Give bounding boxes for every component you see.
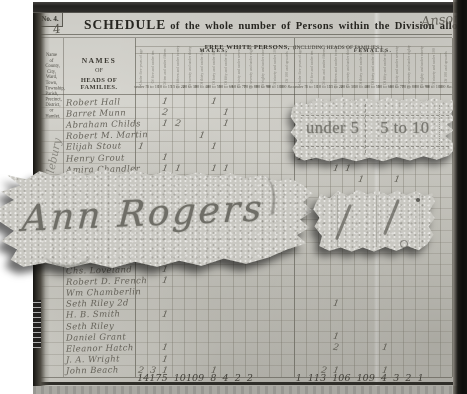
column-total-female: 3 — [320, 373, 326, 384]
magnified-tally-mark — [383, 199, 400, 235]
age-column-vertical-label: Of eighty and under ninety — [261, 46, 265, 87]
age-column-vertical-label: Of 100 and upwards — [285, 51, 289, 82]
family-head-name: J. A. Wright — [66, 355, 120, 366]
column-total-female: 1 — [418, 373, 424, 384]
age-column-vertical-label: Of ten and under fifteen — [163, 49, 167, 86]
fragment-column-line — [419, 195, 420, 247]
torn-fragment-age-headers: under 5 5 to 10 — [289, 94, 457, 164]
age-bracket-5-to-10: 5 to 10 — [370, 118, 441, 138]
column-total-male: 8 — [210, 373, 216, 384]
spine-stamp — [33, 300, 41, 348]
age-column-vertical-label: Of 100 and upwards — [444, 51, 448, 82]
column-total-male: 4 — [223, 373, 229, 384]
family-head-name: Abraham Childs — [66, 119, 141, 131]
column-total-female: 9 — [369, 373, 375, 384]
torn-fragment-tallies — [312, 187, 436, 255]
column-total-female: 10 — [332, 373, 344, 384]
age-column-vertical-label: Of eighty and under ninety — [419, 46, 423, 87]
family-head-name: Eleanor Hatch — [66, 343, 134, 354]
family-head-name: Seth Riley 2d — [66, 298, 129, 309]
page-title-word: SCHEDULE — [84, 17, 166, 32]
family-head-name: John Beach — [66, 366, 119, 377]
age-column-vertical-label: Of five and under ten — [310, 51, 314, 84]
column-total-male: 14 — [137, 373, 149, 384]
names-header-line1: NAMES — [64, 56, 134, 65]
column-total-male: 10 — [174, 373, 186, 384]
family-head-name: Wm Chamberlin — [66, 287, 141, 299]
title-rule-bottom — [40, 37, 452, 38]
fragment-column-divider — [365, 104, 366, 153]
scan-edge-right — [453, 0, 467, 394]
age-column-vertical-label: Of five and under ten — [151, 51, 155, 84]
age-column-vertical-label: Of ninety and under 100 — [432, 48, 436, 86]
column-total-male: 2 — [247, 373, 253, 384]
names-header-line2: OF — [64, 68, 134, 74]
header-rule — [135, 82, 452, 83]
column-total-female: 3 — [393, 373, 399, 384]
age-column-vertical-label: Of fifteen and under twenty — [176, 46, 180, 89]
column-total-male: 17 — [149, 373, 161, 384]
age-column-vertical-label: Of ten and under fifteen — [322, 49, 326, 86]
page-title: SCHEDULE of the whole number of Persons … — [84, 16, 424, 34]
family-head-name: Robert D. French — [66, 276, 147, 288]
column-total-female: 10 — [357, 373, 369, 384]
handwritten-form-number: 4 — [52, 21, 62, 36]
age-column-vertical-label: Under five years of age — [297, 49, 301, 85]
tally-mark: 2 — [174, 119, 181, 130]
ink-mark — [400, 240, 408, 248]
names-header-line3: HEADS OF FAMILIES. — [64, 77, 134, 91]
fragment-paper: Ann Rogers — [0, 167, 316, 270]
column-total-female: 11 — [308, 373, 320, 384]
torn-fragment-name: Ann Rogers — [0, 167, 316, 270]
age-bracket-label: 100 &c. — [439, 84, 453, 89]
age-column-vertical-label: Of forty and under fifty — [212, 49, 216, 85]
column-total-male: 2 — [235, 373, 241, 384]
family-head-name: Barret Munn — [66, 108, 126, 119]
census-schedule-scan: No. 4. 4 SCHEDULE of the whole number of… — [0, 0, 467, 394]
family-head-name: Daniel Grant — [66, 332, 126, 343]
age-column-vertical-label: Of fifty and under sixty — [224, 49, 228, 85]
family-head-name: Robert Hall — [66, 97, 121, 108]
tally-mark: 1 — [357, 175, 364, 186]
age-bracket-under-5: under 5 — [302, 118, 362, 138]
age-column-vertical-label: Of seventy and under eighty — [249, 45, 253, 89]
fragment-paper — [312, 187, 436, 255]
pen-flourish — [42, 236, 92, 271]
family-head-name: Seth Riley — [66, 321, 114, 332]
column-total-female: 1 — [296, 373, 302, 384]
age-column-vertical-label: Of sixty and under seventy — [395, 46, 399, 87]
age-column-vertical-label: Of fifty and under sixty — [383, 49, 387, 85]
age-column-vertical-label: Of thirty and under forty — [358, 48, 362, 86]
names-column-header: NAMES OF HEADS OF FAMILIES. — [64, 52, 134, 91]
age-column-vertical-label: Of twenty and under thirty — [346, 47, 350, 88]
age-column-vertical-label: Of twenty and under thirty — [188, 47, 192, 88]
age-column-vertical-label: Of seventy and under eighty — [407, 45, 411, 89]
scan-edge-bottom — [33, 386, 467, 394]
age-column-vertical-label: Of thirty and under forty — [200, 48, 204, 86]
age-column-vertical-label: Of sixty and under seventy — [236, 46, 240, 87]
family-head-name: Robert M. Martin — [66, 130, 148, 142]
family-head-name: Henry Grout — [66, 153, 125, 164]
column-total-female: 2 — [405, 373, 411, 384]
column-total-female: 4 — [381, 373, 387, 384]
age-column-vertical-label: Of fifteen and under twenty — [334, 46, 338, 89]
age-column-vertical-label: Of forty and under fifty — [371, 49, 375, 85]
fragment-paper: under 5 5 to 10 — [289, 94, 457, 164]
family-head-name: H. B. Smith — [66, 310, 121, 321]
age-column-vertical-label: Of ninety and under 100 — [273, 48, 277, 86]
scan-edge-top — [33, 2, 467, 13]
title-rule-top — [40, 34, 452, 35]
column-total-male: 5 — [162, 373, 168, 384]
table-bottom-rule — [38, 382, 453, 385]
family-head-name: Elijah Stout — [66, 142, 122, 153]
column-total-female: 6 — [344, 373, 350, 384]
age-column-vertical-label: Under five years of age — [139, 49, 143, 85]
column-total-male: 10 — [186, 373, 198, 384]
ink-spot — [416, 198, 420, 202]
column-total-male: 9 — [198, 373, 204, 384]
fragment-column-line — [376, 195, 377, 247]
